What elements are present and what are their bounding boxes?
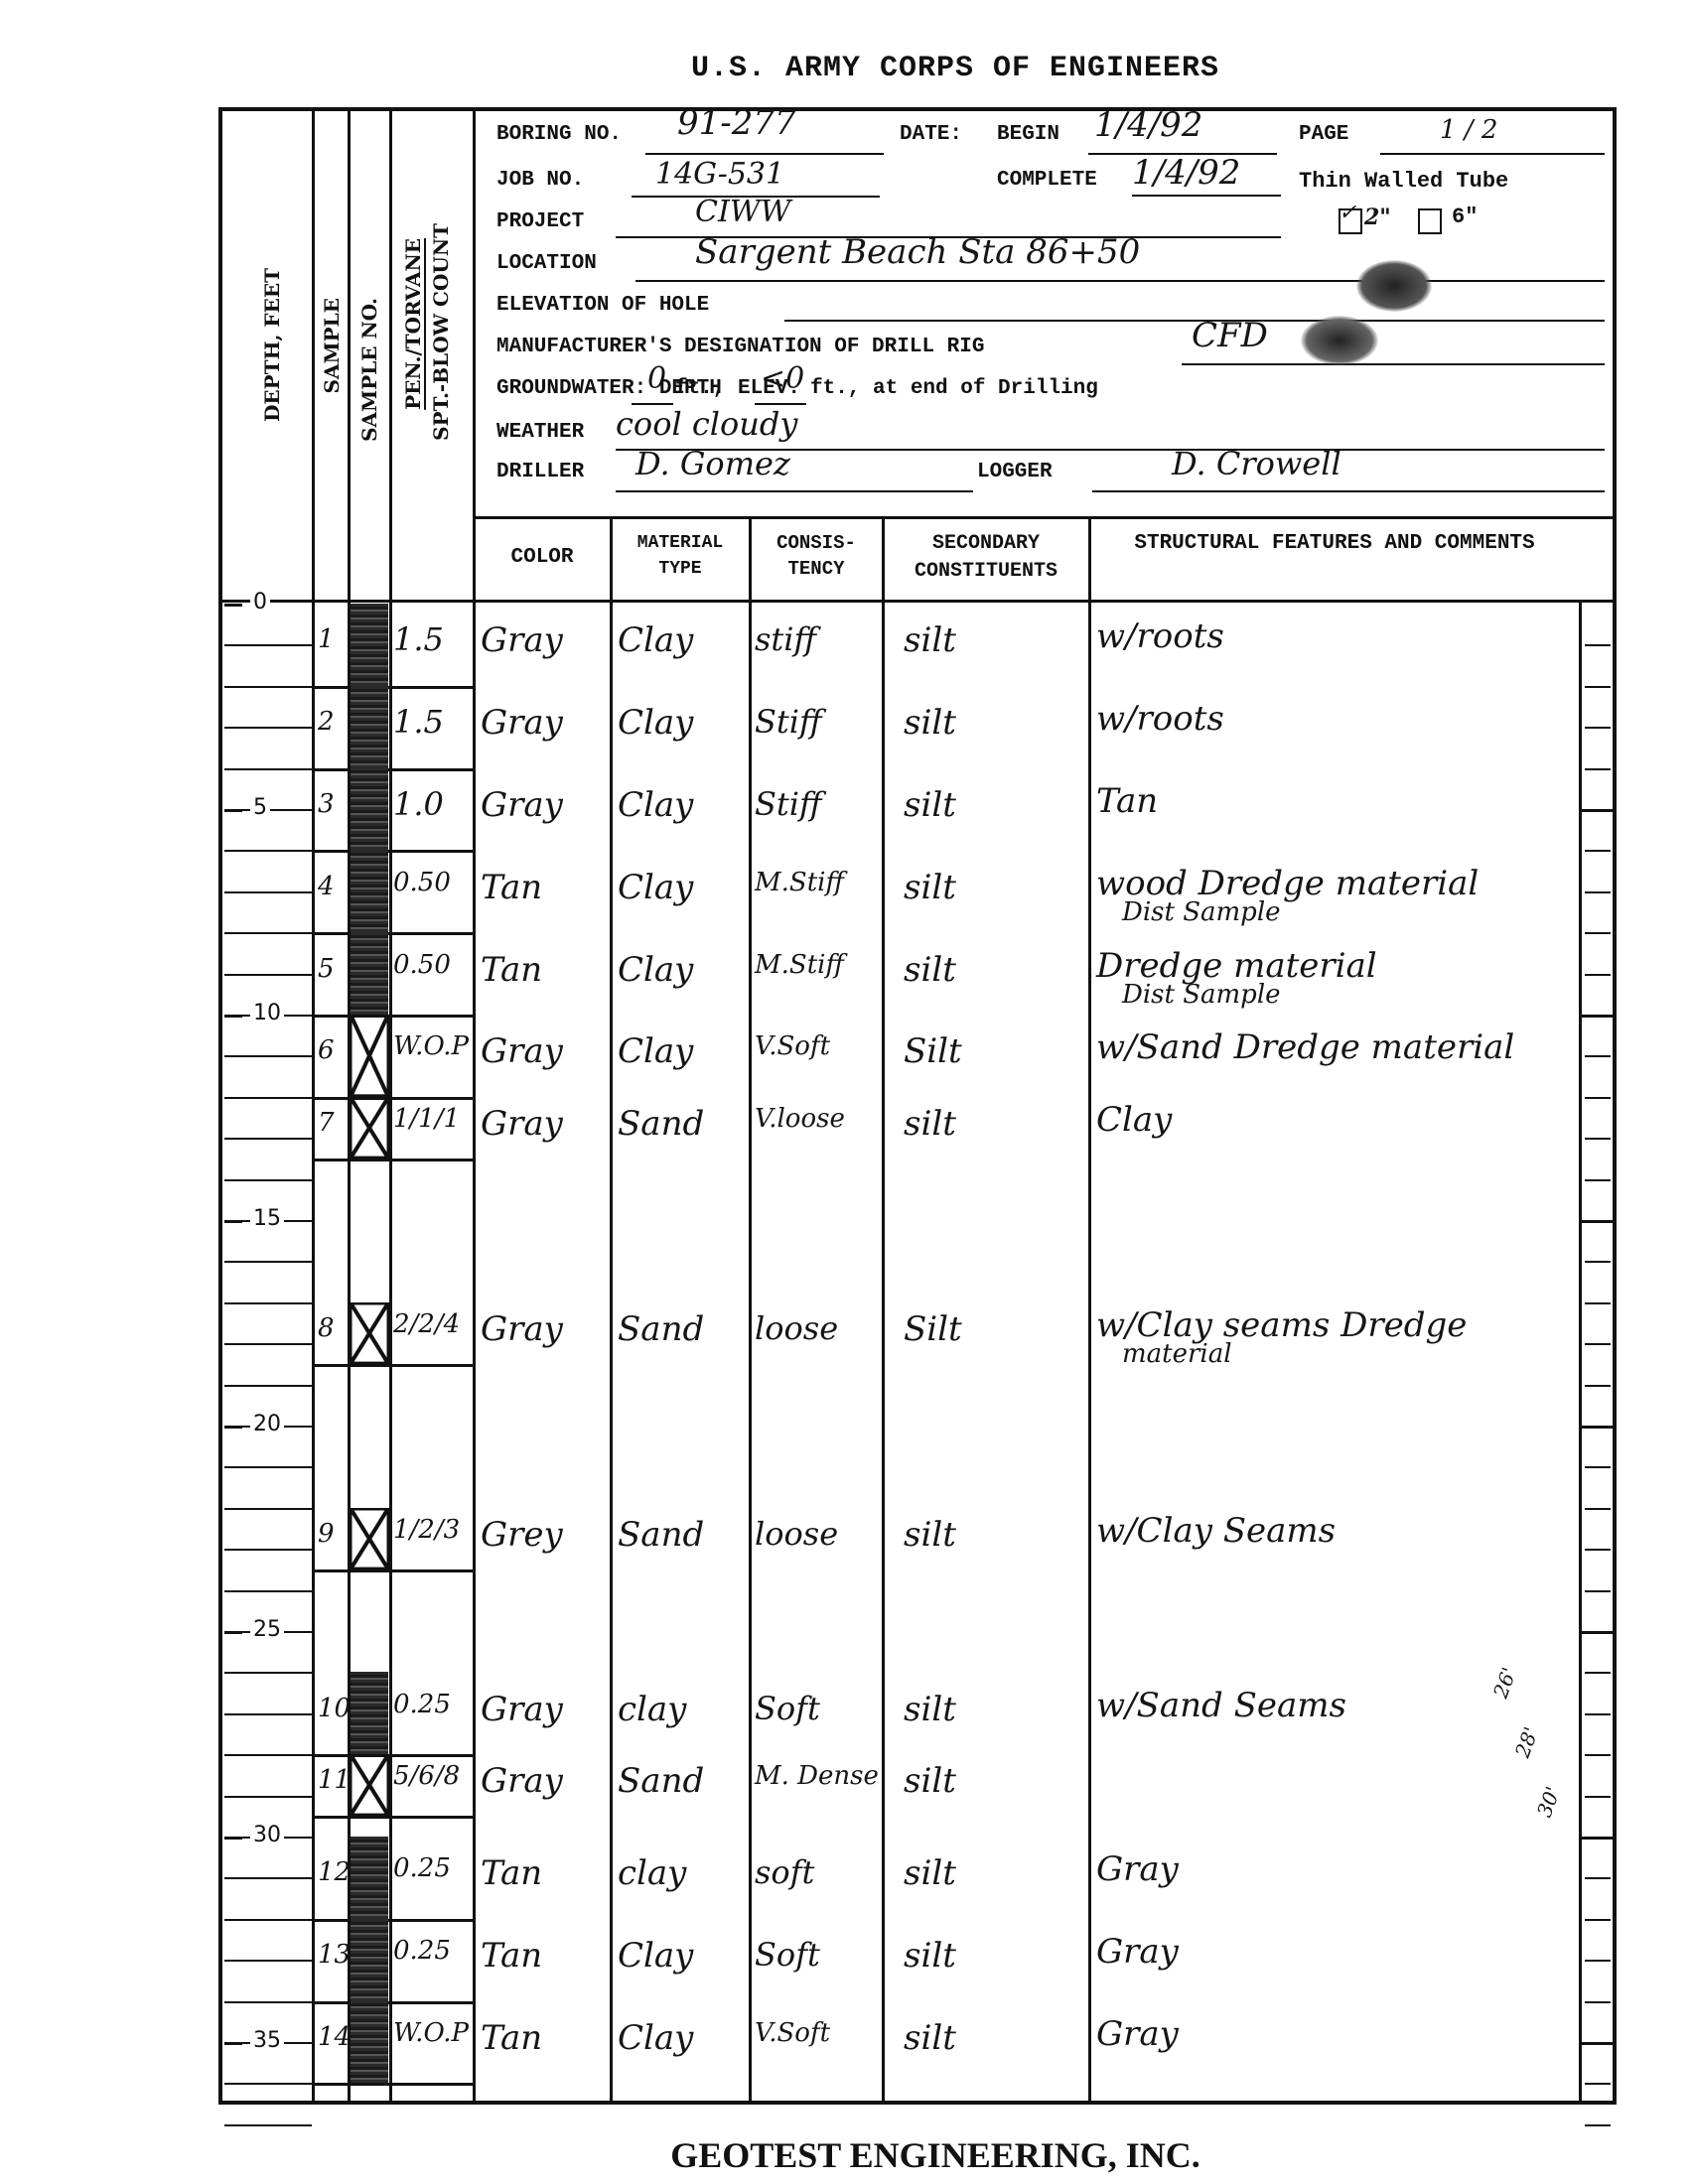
depth-tick [224,2124,312,2126]
depth-tick [224,1466,312,1468]
sample-number: 14 [318,2022,351,2052]
sample-number: 1 [318,624,335,654]
material-value: Clay [618,868,693,907]
spt-sample-marker [350,1015,389,1097]
location-value[interactable]: Sargent Beach Sta 86+50 [695,232,1140,272]
depth-tick [224,1960,312,1962]
color-value: Gray [481,1104,563,1144]
complete-label: COMPLETE [997,169,1097,192]
depth-tick [224,891,312,893]
depth-tick [224,1549,312,1551]
consistency-value: V.loose [755,1104,845,1134]
consistency-value: soft [755,1853,814,1891]
depth-label: 35 [250,2028,284,2053]
pen-blow-count: W.O.P [393,1031,469,1061]
pen-blow-count: 1.5 [393,620,444,658]
depth-tick [224,727,312,729]
pen-blow-count: 1/1/1 [393,1104,460,1134]
pen-blow-count: 5/6/8 [393,1761,460,1791]
secondary-column-header: SECONDARY CONSTITUENTS [884,530,1088,586]
company-footer: GEOTEST ENGINEERING, INC. [0,2134,1692,2176]
pen-blow-count: 0.50 [393,868,451,897]
depth-tick [224,1713,312,1715]
elevation-label: ELEVATION OF HOLE [496,294,709,317]
complete-date-value[interactable]: 1/4/92 [1132,153,1240,193]
depth-label: 25 [250,1617,284,1642]
depth-tick [224,1754,312,1756]
logger-value[interactable]: D. Crowell [1172,445,1341,482]
sample-number: 11 [318,1765,351,1795]
consistency-value: Stiff [755,785,822,823]
color-value: Gray [481,1031,563,1071]
structural-column-header: STRUCTURAL FEATURES AND COMMENTS [1090,530,1579,558]
depth-tick [224,1055,312,1057]
sampler-2in-checkbox[interactable]: ✓ [1339,208,1362,234]
sample-number: 10 [318,1694,351,1723]
consistency-value: V.Soft [755,1031,830,1061]
sample-number: 12 [318,1857,351,1887]
depth-label: 15 [250,1206,284,1231]
groundwater-depth-value[interactable]: 0 [647,361,666,396]
comment-value: Dist Sample [1122,980,1281,1010]
secondary-value: silt [904,785,956,825]
depth-tick [224,2001,312,2003]
consistency-value: Stiff [755,703,822,741]
sampler-2in-label: 2" [1364,205,1391,230]
spt-sample-marker [350,1302,389,1364]
boring-no-label: BORING NO. [496,123,622,146]
material-value: Clay [618,785,693,825]
material-value: clay [618,1690,686,1729]
location-label: LOCATION [496,252,597,275]
secondary-value: silt [904,1690,956,1729]
color-value: Tan [481,2018,542,2058]
sampler-6in-label: 6" [1452,205,1478,229]
sampler-6in-checkbox[interactable] [1418,208,1442,234]
spt-sample-marker [350,1754,389,1816]
material-value: Clay [618,950,693,990]
pen-blow-count: 0.25 [393,1936,451,1966]
tube-sample-marker [351,932,388,1015]
consistency-value: Soft [755,1690,820,1727]
depth-tick [224,1919,312,1921]
tube-sample-marker [351,2001,388,2084]
ink-smudge [1356,260,1432,312]
ink-smudge [1301,316,1378,365]
consistency-value: M. Dense [755,1761,879,1791]
secondary-value: silt [904,703,956,743]
material-value: Clay [618,703,693,743]
pen-blow-count: 0.50 [393,950,451,980]
pen-blow-count: 1.5 [393,703,444,741]
comment-value: Gray [1096,1849,1179,1889]
comment-value: Gray [1096,2014,1179,2054]
depth-tick [224,686,312,688]
job-no-value[interactable]: 14G-531 [655,157,784,192]
weather-value[interactable]: cool cloudy [616,405,797,443]
consistency-value: Soft [755,1936,820,1974]
pen-blow-count: 0.25 [393,1853,451,1883]
comment-value: Dist Sample [1122,897,1281,927]
pen-blow-count: 2/2/4 [393,1309,460,1339]
material-value: Clay [618,2018,693,2058]
spt-sample-marker [350,1508,389,1570]
groundwater-suffix: ft., at end of Drilling [810,377,1098,400]
depth-label: 20 [250,1412,284,1436]
sample-no-column-header: SAMPLE NO. [357,298,381,442]
color-value: Gray [481,620,563,660]
depth-tick [224,1179,312,1181]
tube-sample-marker [351,1919,388,2001]
depth-tick [224,974,312,976]
comment-value: w/Sand Dredge material [1096,1027,1514,1067]
sampler-type-label: Thin Walled Tube [1299,169,1508,194]
depth-label: 10 [250,1001,284,1025]
secondary-value: silt [904,1853,956,1893]
pen-blow-count: 0.25 [393,1690,451,1719]
secondary-value: silt [904,950,956,990]
begin-label: BEGIN [997,123,1059,146]
comment-value: w/Sand Seams [1096,1686,1346,1725]
depth-tick [224,1138,312,1140]
pen-blow-count: 1/2/3 [393,1515,460,1545]
consistency-column-header: CONSIS-TENCY [751,530,882,582]
driller-value[interactable]: D. Gomez [635,445,790,482]
consistency-value: stiff [755,620,816,658]
depth-label: 0 [250,590,270,614]
agency-title: U.S. ARMY CORPS OF ENGINEERS [0,52,1692,85]
color-value: Gray [481,1761,563,1801]
page-label: PAGE [1299,123,1348,146]
secondary-value: silt [904,1515,956,1555]
groundwater-elev-value[interactable]: <0 [761,361,804,396]
project-value[interactable]: CIWW [695,195,790,229]
sample-number: 9 [318,1519,335,1549]
depth-tick [224,1672,312,1674]
depth-tick [224,1877,312,1879]
secondary-value: silt [904,868,956,907]
depth-tick [224,932,312,934]
comment-value: Tan [1096,781,1158,821]
material-value: Sand [618,1309,704,1349]
depth-tick [224,1302,312,1304]
logger-label: LOGGER [977,461,1053,483]
drill-rig-label: MANUFACTURER'S DESIGNATION OF DRILL RIG [496,336,984,358]
depth-tick [224,850,312,852]
secondary-value: silt [904,1761,956,1801]
color-value: Tan [481,1936,542,1976]
consistency-value: loose [755,1515,838,1553]
comment-value: Clay [1096,1100,1172,1140]
comment-value: w/roots [1096,616,1224,656]
depth-label: 5 [250,795,270,820]
spt-blow-count-header: SPT.-BLOW COUNT [429,223,453,441]
depth-tick [224,1590,312,1592]
pen-blow-count: 1.0 [393,785,444,823]
sample-number: 13 [318,1940,351,1970]
secondary-value: silt [904,1936,956,1976]
job-no-label: JOB NO. [496,169,584,192]
secondary-value: silt [904,1104,956,1144]
secondary-value: silt [904,2018,956,2058]
color-value: Grey [481,1515,563,1555]
color-value: Gray [481,785,563,825]
pen-blow-count: W.O.P [393,2018,469,2048]
page-value[interactable]: 1 / 2 [1440,115,1497,145]
depth-label: 30 [250,1823,284,1847]
color-value: Tan [481,868,542,907]
comment-value: Gray [1096,1932,1179,1972]
material-value: Clay [618,1031,693,1071]
tube-sample-marker [351,604,388,686]
consistency-value: M.Stiff [755,868,844,897]
sample-number: 3 [318,789,335,819]
weather-label: WEATHER [496,421,584,444]
begin-date-value[interactable]: 1/4/92 [1094,105,1202,145]
color-value: Gray [481,1690,563,1729]
depth-column-header: DEPTH, FEET [260,268,284,422]
secondary-value: Silt [904,1309,962,1349]
comment-value: w/Clay Seams [1096,1511,1336,1551]
comment-value: material [1122,1339,1232,1369]
material-value: Sand [618,1761,704,1801]
depth-tick [224,2083,312,2085]
sample-number: 8 [318,1313,335,1343]
material-value: clay [618,1853,686,1893]
consistency-value: M.Stiff [755,950,844,980]
sample-number: 4 [318,872,335,901]
depth-tick [224,1261,312,1263]
depth-tick [224,1796,312,1798]
depth-tick [224,1385,312,1387]
color-value: Gray [481,1309,563,1349]
sample-number: 7 [318,1108,335,1138]
secondary-value: silt [904,620,956,660]
material-value: Clay [618,620,693,660]
secondary-value: Silt [904,1031,962,1071]
color-value: Tan [481,1853,542,1893]
color-column-header: COLOR [475,544,610,572]
material-value: Clay [618,1936,693,1976]
color-value: Tan [481,950,542,990]
project-label: PROJECT [496,210,584,233]
depth-tick [224,1097,312,1099]
depth-tick [224,1508,312,1510]
material-column-header: MATERIAL TYPE [612,530,749,582]
date-label: DATE: [900,123,962,146]
tube-sample-marker [351,1837,388,1919]
sample-number: 5 [318,954,335,984]
consistency-value: loose [755,1309,838,1347]
color-value: Gray [481,703,563,743]
sample-number: 6 [318,1035,335,1065]
tube-sample-marker [351,686,388,768]
tube-sample-marker [351,850,388,932]
depth-tick [224,644,312,646]
boring-no-value[interactable]: 91-277 [677,103,796,143]
tube-sample-marker [351,1672,388,1754]
depth-tick [224,1343,312,1345]
comment-value: w/roots [1096,699,1224,739]
drill-rig-value[interactable]: CFD [1192,316,1268,355]
tube-sample-marker [351,768,388,851]
sample-number: 2 [318,707,335,737]
spt-sample-marker [350,1097,389,1159]
pen-torvane-header: PEN./TORVANE [401,238,425,410]
depth-tick [224,768,312,770]
material-value: Sand [618,1515,704,1555]
sample-column-header: SAMPLE [320,298,344,393]
driller-label: DRILLER [496,461,584,483]
material-value: Sand [618,1104,704,1144]
consistency-value: V.Soft [755,2018,830,2048]
